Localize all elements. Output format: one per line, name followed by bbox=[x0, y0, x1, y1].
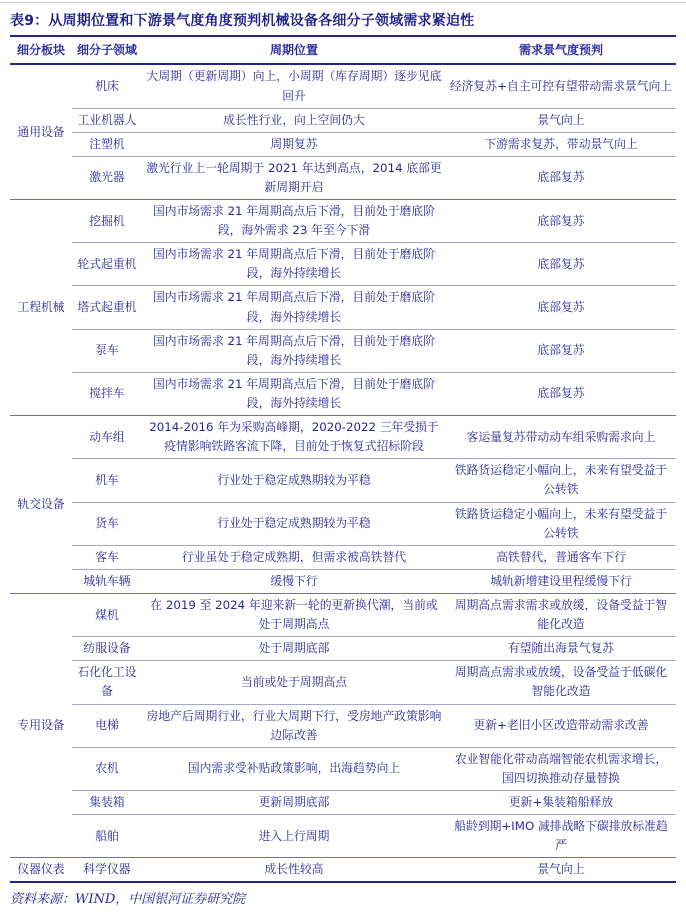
field-cell: 石化化工设备 bbox=[72, 661, 142, 704]
cycle-cell: 国内市场需求 21 年周期高点后下滑，目前处于磨底阶段，海外持续增长 bbox=[142, 329, 446, 372]
field-cell: 机床 bbox=[72, 64, 142, 108]
field-cell: 煤机 bbox=[72, 594, 142, 637]
outlook-cell: 农业智能化带动高端智能农机需求增长，国四切换推动存量替换 bbox=[446, 747, 676, 790]
sector-cell: 工程机械 bbox=[10, 200, 72, 416]
table-row: 电梯房地产后周期行业，行业大周期下行，受房地产政策影响边际改善更新+老旧小区改造… bbox=[10, 704, 676, 747]
cycle-cell: 国内市场需求 21 年周期高点后下滑，目前处于磨底阶段，海外持续增长 bbox=[142, 286, 446, 329]
field-cell: 轮式起重机 bbox=[72, 243, 142, 286]
cycle-cell: 行业处于稳定成熟期较为平稳 bbox=[142, 502, 446, 545]
report-page: 表9：从周期位置和下游景气度角度预判机械设备各细分子领域需求紧迫性 细分板块 细… bbox=[0, 0, 686, 915]
field-cell: 搅拌车 bbox=[72, 372, 142, 415]
field-cell: 船舶 bbox=[72, 815, 142, 858]
table-row: 激光器激光行业上一轮周期于 2021 年达到高点，2014 底部更新周期开启底部… bbox=[10, 156, 676, 199]
field-cell: 塔式起重机 bbox=[72, 286, 142, 329]
cycle-cell: 大周期（更新周期）向上，小周期（库存周期）逐步见底回升 bbox=[142, 64, 446, 108]
table-row: 城轨车辆缓慢下行城轨新增建设里程缓慢下行 bbox=[10, 569, 676, 593]
cycle-cell: 国内需求受补贴政策影响，出海趋势向上 bbox=[142, 747, 446, 790]
outlook-cell: 周期高点需求或放缓，设备受益于低碳化智能化改造 bbox=[446, 661, 676, 704]
outlook-cell: 底部复苏 bbox=[446, 286, 676, 329]
header-row: 细分板块 细分子领域 周期位置 需求景气度预判 bbox=[10, 37, 676, 64]
cycle-cell: 国内市场需求 21 年周期高点后下滑，目前处于磨底阶段，海外需求 23 年至今下… bbox=[142, 200, 446, 243]
table-row: 专用设备煤机在 2019 至 2024 年迎来新一轮的更新换代潮，当前或处于周期… bbox=[10, 594, 676, 637]
cycle-cell: 进入上行周期 bbox=[142, 815, 446, 858]
table-row: 轨交设备动车组2014-2016 年为采购高峰期，2020-2022 三年受损于… bbox=[10, 416, 676, 459]
field-cell: 电梯 bbox=[72, 704, 142, 747]
table-row: 搅拌车国内市场需求 21 年周期高点后下滑，目前处于磨底阶段，海外持续增长底部复… bbox=[10, 372, 676, 415]
sector-cell: 专用设备 bbox=[10, 594, 72, 858]
source-note: 资料来源：WIND，中国银河证券研究院 bbox=[10, 883, 676, 915]
cycle-cell: 激光行业上一轮周期于 2021 年达到高点，2014 底部更新周期开启 bbox=[142, 156, 446, 199]
outlook-cell: 周期高点需求需求或放缓，设备受益于智能化改造 bbox=[446, 594, 676, 637]
outlook-cell: 景气向上 bbox=[446, 858, 676, 883]
cycle-cell: 2014-2016 年为采购高峰期，2020-2022 三年受损于疫情影响铁路客… bbox=[142, 416, 446, 459]
field-cell: 农机 bbox=[72, 747, 142, 790]
outlook-cell: 客运量复苏带动动车组采购需求向上 bbox=[446, 416, 676, 459]
cycle-cell: 房地产后周期行业，行业大周期下行，受房地产政策影响边际改善 bbox=[142, 704, 446, 747]
field-cell: 客车 bbox=[72, 545, 142, 569]
outlook-cell: 更新+集装箱船释放 bbox=[446, 791, 676, 815]
sector-cell: 轨交设备 bbox=[10, 416, 72, 594]
col-header-outlook: 需求景气度预判 bbox=[446, 37, 676, 64]
table-row: 集装箱更新周期底部更新+集装箱船释放 bbox=[10, 791, 676, 815]
cycle-cell: 缓慢下行 bbox=[142, 569, 446, 593]
field-cell: 纺服设备 bbox=[72, 637, 142, 661]
table-row: 注塑机周期复苏下游需求复苏，带动景气向上 bbox=[10, 132, 676, 156]
table-row: 石化化工设备当前或处于周期高点周期高点需求或放缓，设备受益于低碳化智能化改造 bbox=[10, 661, 676, 704]
field-cell: 挖掘机 bbox=[72, 200, 142, 243]
outlook-cell: 底部复苏 bbox=[446, 243, 676, 286]
table-row: 客车行业虽处于稳定成熟期，但需求被高铁替代高铁替代，普通客车下行 bbox=[10, 545, 676, 569]
field-cell: 工业机器人 bbox=[72, 108, 142, 132]
field-cell: 动车组 bbox=[72, 416, 142, 459]
outlook-cell: 更新+老旧小区改造带动需求改善 bbox=[446, 704, 676, 747]
outlook-cell: 船龄到期+IMO 减排战略下碳排放标准趋严 bbox=[446, 815, 676, 858]
cycle-cell: 当前或处于周期高点 bbox=[142, 661, 446, 704]
field-cell: 货车 bbox=[72, 502, 142, 545]
col-header-subfield: 细分子领域 bbox=[72, 37, 142, 64]
outlook-cell: 有望随出海景气复苏 bbox=[446, 637, 676, 661]
outlook-cell: 下游需求复苏，带动景气向上 bbox=[446, 132, 676, 156]
outlook-cell: 景气向上 bbox=[446, 108, 676, 132]
outlook-cell: 经济复苏+自主可控有望带动需求景气向上 bbox=[446, 64, 676, 108]
cycle-cell: 更新周期底部 bbox=[142, 791, 446, 815]
outlook-cell: 城轨新增建设里程缓慢下行 bbox=[446, 569, 676, 593]
table-title: 表9：从周期位置和下游景气度角度预判机械设备各细分子领域需求紧迫性 bbox=[10, 8, 676, 37]
cycle-cell: 行业虽处于稳定成熟期，但需求被高铁替代 bbox=[142, 545, 446, 569]
outlook-cell: 铁路货运稳定小幅向上，未来有望受益于公转铁 bbox=[446, 502, 676, 545]
outlook-cell: 底部复苏 bbox=[446, 329, 676, 372]
sector-cell: 仪器仪表 bbox=[10, 858, 72, 883]
col-header-cycle: 周期位置 bbox=[142, 37, 446, 64]
outlook-cell: 底部复苏 bbox=[446, 156, 676, 199]
cycle-cell: 行业处于稳定成熟期较为平稳 bbox=[142, 459, 446, 502]
cycle-cell: 处于周期底部 bbox=[142, 637, 446, 661]
field-cell: 注塑机 bbox=[72, 132, 142, 156]
page-top-divider bbox=[0, 2, 686, 3]
table-row: 轮式起重机国内市场需求 21 年周期高点后下滑，目前处于磨底阶段，海外持续增长底… bbox=[10, 243, 676, 286]
field-cell: 集装箱 bbox=[72, 791, 142, 815]
outlook-cell: 底部复苏 bbox=[446, 200, 676, 243]
outlook-cell: 高铁替代，普通客车下行 bbox=[446, 545, 676, 569]
table-row: 船舶进入上行周期船龄到期+IMO 减排战略下碳排放标准趋严 bbox=[10, 815, 676, 858]
cycle-cell: 成长性较高 bbox=[142, 858, 446, 883]
table-row: 仪器仪表科学仪器成长性较高景气向上 bbox=[10, 858, 676, 883]
col-header-sector: 细分板块 bbox=[10, 37, 72, 64]
table-row: 工业机器人成长性行业，向上空间仍大景气向上 bbox=[10, 108, 676, 132]
cycle-cell: 在 2019 至 2024 年迎来新一轮的更新换代潮，当前或处于周期高点 bbox=[142, 594, 446, 637]
forecast-table: 细分板块 细分子领域 周期位置 需求景气度预判 通用设备机床大周期（更新周期）向… bbox=[10, 37, 676, 883]
field-cell: 机车 bbox=[72, 459, 142, 502]
sector-cell: 通用设备 bbox=[10, 64, 72, 199]
table-row: 纺服设备处于周期底部有望随出海景气复苏 bbox=[10, 637, 676, 661]
field-cell: 城轨车辆 bbox=[72, 569, 142, 593]
table-row: 工程机械挖掘机国内市场需求 21 年周期高点后下滑，目前处于磨底阶段，海外需求 … bbox=[10, 200, 676, 243]
outlook-cell: 铁路货运稳定小幅向上，未来有望受益于公转铁 bbox=[446, 459, 676, 502]
table-row: 通用设备机床大周期（更新周期）向上，小周期（库存周期）逐步见底回升经济复苏+自主… bbox=[10, 64, 676, 108]
field-cell: 激光器 bbox=[72, 156, 142, 199]
table-row: 机车行业处于稳定成熟期较为平稳铁路货运稳定小幅向上，未来有望受益于公转铁 bbox=[10, 459, 676, 502]
table-row: 货车行业处于稳定成熟期较为平稳铁路货运稳定小幅向上，未来有望受益于公转铁 bbox=[10, 502, 676, 545]
field-cell: 泵车 bbox=[72, 329, 142, 372]
cycle-cell: 国内市场需求 21 年周期高点后下滑，目前处于磨底阶段，海外持续增长 bbox=[142, 372, 446, 415]
table-row: 农机国内需求受补贴政策影响，出海趋势向上农业智能化带动高端智能农机需求增长，国四… bbox=[10, 747, 676, 790]
cycle-cell: 成长性行业，向上空间仍大 bbox=[142, 108, 446, 132]
field-cell: 科学仪器 bbox=[72, 858, 142, 883]
table-row: 塔式起重机国内市场需求 21 年周期高点后下滑，目前处于磨底阶段，海外持续增长底… bbox=[10, 286, 676, 329]
table-row: 泵车国内市场需求 21 年周期高点后下滑，目前处于磨底阶段，海外持续增长底部复苏 bbox=[10, 329, 676, 372]
cycle-cell: 周期复苏 bbox=[142, 132, 446, 156]
cycle-cell: 国内市场需求 21 年周期高点后下滑，目前处于磨底阶段，海外持续增长 bbox=[142, 243, 446, 286]
outlook-cell: 底部复苏 bbox=[446, 372, 676, 415]
